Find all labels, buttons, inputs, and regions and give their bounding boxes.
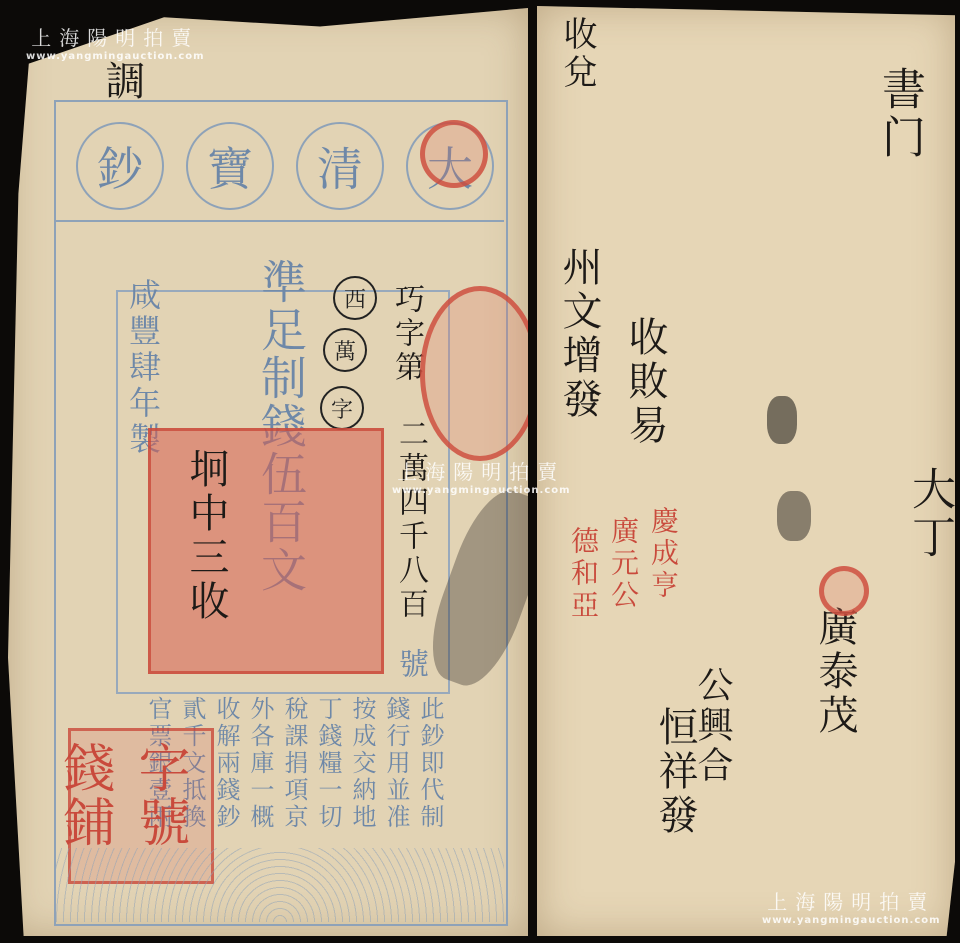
stamp-mark-2: 萬 xyxy=(323,328,367,372)
red-round-seal-large xyxy=(420,286,540,461)
fingerprint-mark-2 xyxy=(777,491,811,541)
banknote-back: 收兌 州文增發 收敗易 公興合 恒祥發 廣泰茂 書门 大丁 德和亞 廣元公 慶成… xyxy=(537,6,955,936)
wave-pattern xyxy=(56,848,504,922)
red-stamp-col-2: 廣元公 xyxy=(603,516,643,612)
serial-suffix: 號 xyxy=(388,648,432,682)
title-char-3: 清 xyxy=(296,122,384,210)
note-7: 書门 xyxy=(867,66,931,162)
handwritten-top: 調 xyxy=(94,60,151,104)
serial-number: 二萬四千八百 xyxy=(388,418,432,622)
fingerprint-mark xyxy=(767,396,797,444)
red-stamp-col-1: 德和亞 xyxy=(563,526,603,622)
note-3: 收敗易 xyxy=(617,316,674,448)
watermark-center: 上海陽明拍賣 www.yangmingauction.com xyxy=(392,456,571,496)
red-round-seal-small xyxy=(420,120,488,188)
title-char-2: 寶 xyxy=(186,122,274,210)
watermark-url: www.yangmingauction.com xyxy=(392,485,571,496)
red-small-seal xyxy=(819,566,869,616)
watermark-url: www.yangmingauction.com xyxy=(26,51,205,62)
stamp-mark-1: 西 xyxy=(333,276,377,320)
handwritten-label: 坰中三收 xyxy=(178,448,235,624)
note-8: 大丁 xyxy=(897,466,960,562)
note-1: 收兌 xyxy=(553,16,602,92)
watermark-bottom-right: 上海陽明拍賣 www.yangmingauction.com xyxy=(762,886,941,926)
title-char-1: 鈔 xyxy=(76,122,164,210)
note-6: 廣泰茂 xyxy=(807,606,864,738)
watermark-chinese: 上海陽明拍賣 xyxy=(26,22,205,51)
terms-col-6: 外各庫一概 xyxy=(243,696,278,831)
watermark-chinese: 上海陽明拍賣 xyxy=(762,886,941,915)
terms-col-5: 稅課捐項京 xyxy=(277,696,312,831)
note-2: 州文增發 xyxy=(551,246,608,422)
terms-col-1: 此鈔即代制 xyxy=(413,696,448,846)
watermark-url: www.yangmingauction.com xyxy=(762,915,941,926)
note-5: 恒祥發 xyxy=(647,706,704,838)
watermark-chinese: 上海陽明拍賣 xyxy=(392,456,571,485)
watermark-top-left: 上海陽明拍賣 www.yangmingauction.com xyxy=(26,22,205,62)
terms-col-7: 收解兩錢鈔 xyxy=(209,696,244,831)
stamp-mark-3: 字 xyxy=(320,386,364,430)
red-stamp-col-3: 慶成亨 xyxy=(643,506,683,602)
terms-col-3: 按成交納地 xyxy=(345,696,380,831)
terms-col-2: 錢行用並准 xyxy=(379,696,414,831)
terms-col-4: 丁錢糧一切 xyxy=(311,696,346,831)
